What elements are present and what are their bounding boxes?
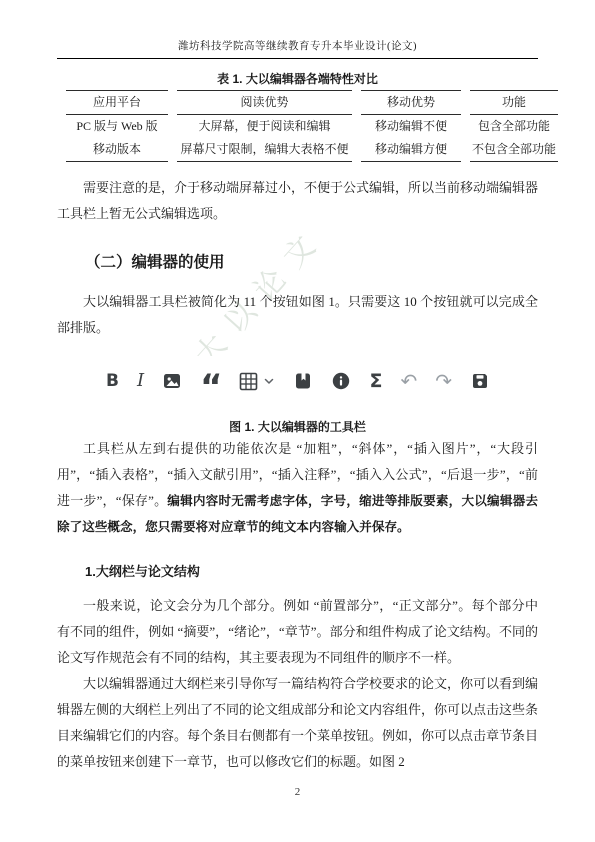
figure-toolbar-image: B I “ xyxy=(94,356,502,406)
chevron-down-icon xyxy=(263,375,275,387)
save-icon xyxy=(470,371,490,391)
table-caption: 表 1. 大以编辑器各端特性对比 xyxy=(57,70,538,87)
undo-icon: ↶ xyxy=(400,371,417,391)
table-column-header: 移动优势 xyxy=(361,90,461,115)
table-column-header: 应用平台 xyxy=(66,90,168,115)
insert-table-icon xyxy=(238,371,275,392)
table-cell: 移动编辑方便 xyxy=(361,138,461,162)
table-cell: PC 版与 Web 版 xyxy=(66,115,168,138)
paragraph-toolbar-intro: 大以编辑器工具栏被简化为 11 个按钮如图 1。只需要这 10 个按钮就可以完成… xyxy=(57,289,538,341)
section-heading-editor-usage: （二）编辑器的使用 xyxy=(57,250,538,272)
table-header-row: 应用平台阅读优势移动优势功能 xyxy=(66,90,558,115)
blockquote-icon: “ xyxy=(200,372,220,390)
comparison-table-body: PC 版与 Web 版大屏幕，便于阅读和编辑移动编辑不便包含全部功能移动版本屏幕… xyxy=(66,115,558,162)
table-cell: 不包含全部功能 xyxy=(470,138,558,162)
page-content: 表 1. 大以编辑器各端特性对比 应用平台阅读优势移动优势功能 PC 版与 We… xyxy=(57,66,538,775)
paragraph-thesis-structure: 一般来说，论文会分为几个部分。例如 “前置部分”，“正文部分”。每个部分中有不同… xyxy=(57,593,538,671)
subsection-heading-outline: 1.大纲栏与论文结构 xyxy=(57,561,538,580)
table-cell: 移动版本 xyxy=(66,138,168,162)
bold-icon: B xyxy=(106,373,119,390)
page-number: 2 xyxy=(0,786,595,798)
table-column-header: 阅读优势 xyxy=(177,90,352,115)
table-cell: 移动编辑不便 xyxy=(361,115,461,138)
formula-sigma-icon: Σ xyxy=(369,372,382,391)
info-icon xyxy=(331,371,351,391)
table-row: PC 版与 Web 版大屏幕，便于阅读和编辑移动编辑不便包含全部功能 xyxy=(66,115,558,138)
figure-caption: 图 1. 大以编辑器的工具栏 xyxy=(57,418,538,435)
redo-icon: ↷ xyxy=(435,371,452,391)
table-cell: 包含全部功能 xyxy=(470,115,558,138)
bookmark-note-icon xyxy=(293,371,313,391)
paragraph-outline-guide: 大以编辑器通过大纲栏来引导你写一篇结构符合学校要求的论文，你可以看到编辑器左侧的… xyxy=(57,671,538,775)
insert-image-icon xyxy=(162,371,182,391)
table-row: 移动版本屏幕尺寸限制，编辑大表格不便移动编辑方便不包含全部功能 xyxy=(66,138,558,162)
table-cell: 大屏幕，便于阅读和编辑 xyxy=(177,115,352,138)
table-column-header: 功能 xyxy=(470,90,558,115)
page-header-title: 潍坊科技学院高等继续教育专升本毕业设计(论文) xyxy=(57,38,538,59)
document-page: 潍坊科技学院高等继续教育专升本毕业设计(论文) 大以论文 表 1. 大以编辑器各… xyxy=(0,0,595,842)
comparison-table: 应用平台阅读优势移动优势功能 PC 版与 Web 版大屏幕，便于阅读和编辑移动编… xyxy=(57,90,567,162)
paragraph-toolbar-functions: 工具栏从左到右提供的功能依次是 “加粗”，“斜体”，“插入图片”，“大段引用”，… xyxy=(57,436,538,540)
italic-icon: I xyxy=(137,372,144,390)
table-cell: 屏幕尺寸限制，编辑大表格不便 xyxy=(177,138,352,162)
paragraph-note-mobile: 需要注意的是，介于移动端屏幕过小，不便于公式编辑，所以当前移动端编辑器工具栏上暂… xyxy=(57,175,538,227)
